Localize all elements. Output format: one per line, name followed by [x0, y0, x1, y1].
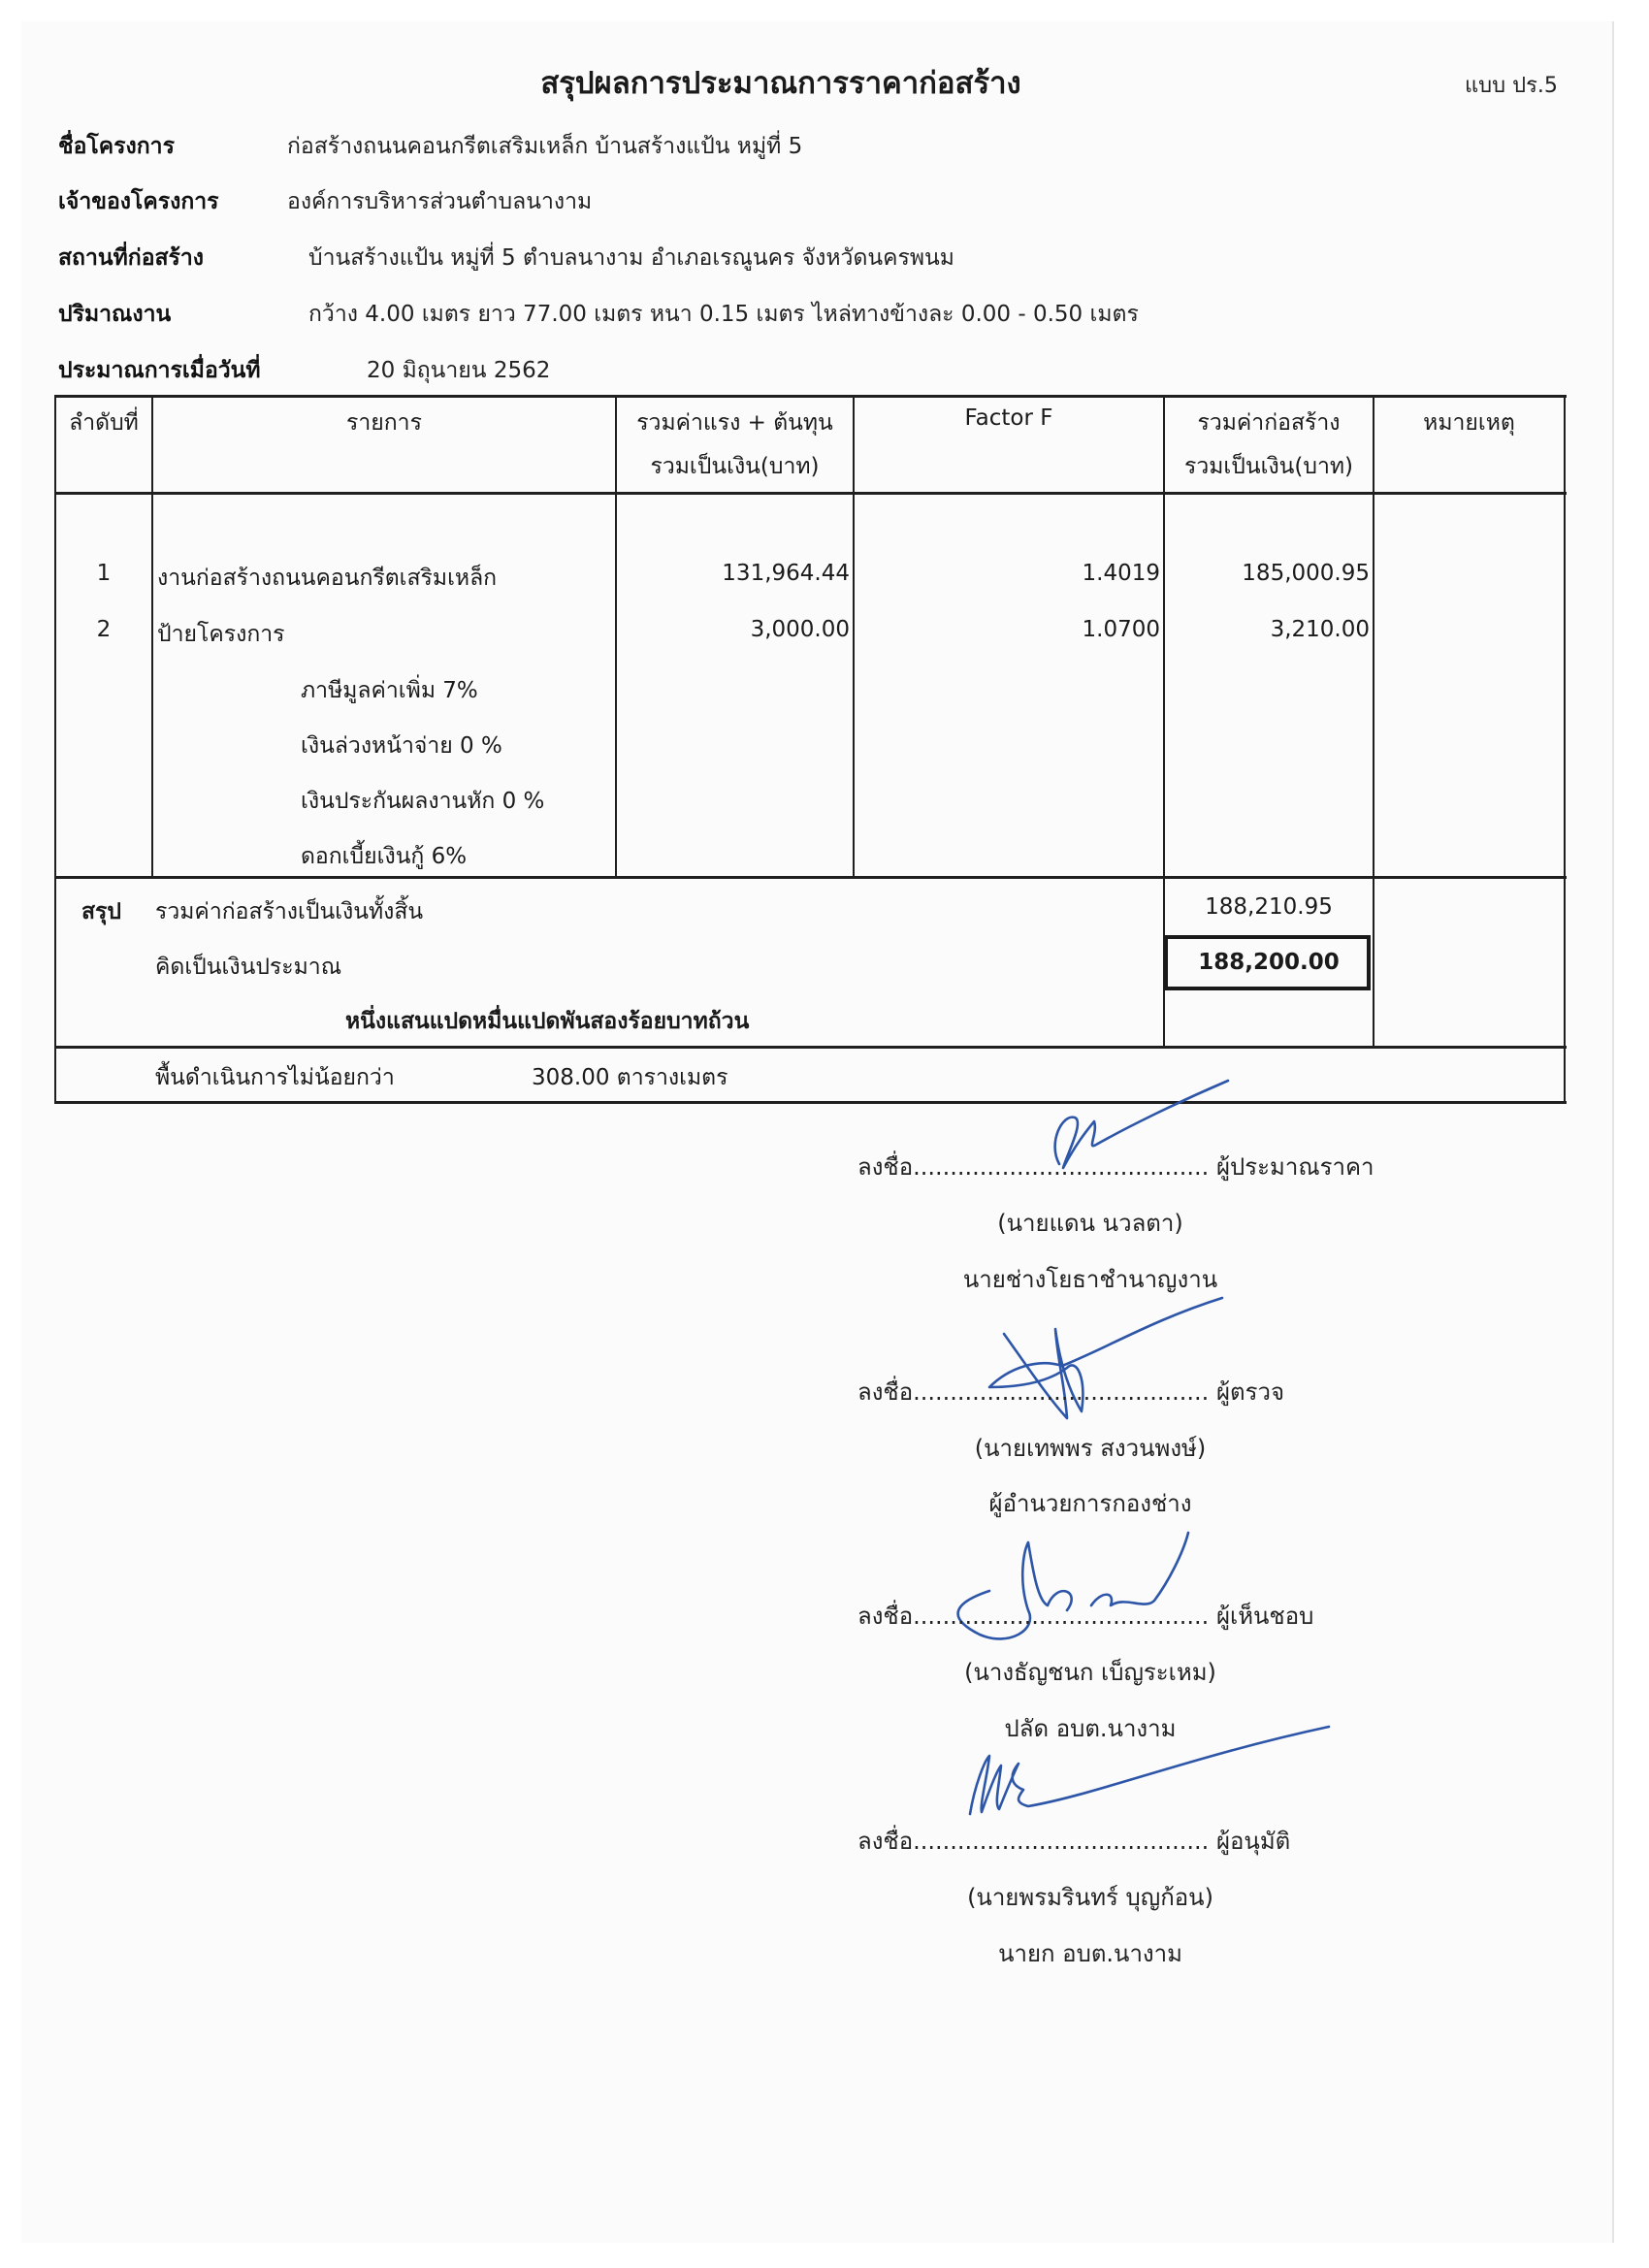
table-bottom-border [54, 1101, 1567, 1104]
signer-position: นายก อบต.นางาม [857, 1934, 1323, 1972]
table-right-border [1564, 395, 1566, 1104]
project-owner-label: เจ้าของโครงการ [58, 184, 219, 219]
summary-label: สรุป [81, 894, 121, 929]
location-label: สถานที่ก่อสร้าง [58, 241, 204, 275]
header-bottom-border [54, 492, 1567, 495]
area-label: พื้นดำเนินการไม่น้อยกว่า [155, 1060, 395, 1095]
project-owner-value: องค์การบริหารส่วนตำบลนางาม [287, 184, 592, 219]
signer-name: (นางธัญชนก เบ็ญระเหม) [857, 1653, 1323, 1691]
condition-advance-payment: เงินล่วงหน้าจ่าย 0 % [301, 729, 502, 763]
condition-loan-interest: ดอกเบี้ยเงินกู้ 6% [301, 839, 467, 874]
signer-name: (นายแดน นวลตา) [857, 1204, 1323, 1242]
location-value: บ้านสร้างแป้น หมู่ที่ 5 ตำบลนางาม อำเภอเ… [308, 241, 954, 275]
estimate-date-value: 20 มิถุนายน 2562 [367, 353, 550, 388]
row-item: งานก่อสร้างถนนคอนกรีตเสริมเหล็ก [157, 561, 497, 596]
rounded-label: คิดเป็นเงินประมาณ [155, 950, 341, 985]
signature-line: ลงชื่อ..................................… [857, 1373, 1284, 1410]
sign-prefix: ลงชื่อ [857, 1828, 913, 1855]
condition-vat: ภาษีมูลค่าเพิ่ม 7% [301, 673, 478, 708]
signer-position: ผู้อำนวยการกองช่าง [857, 1484, 1323, 1522]
quantity-label: ปริมาณงาน [58, 297, 171, 332]
sign-dots: ........................................ [913, 1828, 1209, 1855]
sign-prefix: ลงชื่อ [857, 1153, 913, 1181]
summary-bottom-border [54, 1046, 1567, 1049]
row-no: 1 [56, 561, 151, 586]
signer-name: (นายเทพพร สงวนพงษ์) [857, 1429, 1323, 1467]
document-title: สรุปผลการประมาณการราคาก่อสร้าง [0, 58, 1562, 107]
signer-role: ผู้เห็นชอบ [1216, 1603, 1313, 1630]
project-name-label: ชื่อโครงการ [58, 129, 175, 164]
rounded-value: 188,200.00 [1165, 950, 1373, 975]
row-item: ป้ายโครงการ [157, 617, 285, 652]
form-code: แบบ ปร.5 [1465, 68, 1558, 102]
sign-prefix: ลงชื่อ [857, 1378, 913, 1406]
signature-mark [951, 1717, 1339, 1833]
signer-role: ผู้อนุมัติ [1216, 1828, 1290, 1855]
row-cost: 131,964.44 [617, 561, 850, 586]
sign-prefix: ลงชื่อ [857, 1603, 913, 1630]
items-bottom-border [54, 876, 1567, 879]
row-factor: 1.0700 [855, 617, 1160, 642]
row-factor: 1.4019 [855, 561, 1160, 586]
quantity-value: กว้าง 4.00 เมตร ยาว 77.00 เมตร หนา 0.15 … [308, 297, 1139, 332]
row-cost: 3,000.00 [617, 617, 850, 642]
sign-dots: ........................................ [913, 1378, 1209, 1406]
header-factor: Factor F [855, 405, 1163, 431]
signer-role: ผู้ประมาณราคา [1216, 1153, 1374, 1181]
estimate-date-label: ประมาณการเมื่อวันที่ [58, 353, 261, 388]
area-value: 308.00 ตารางเมตร [532, 1060, 727, 1095]
summary-total-label: รวมค่าก่อสร้างเป็นเงินทั้งสิ้น [155, 894, 423, 929]
table-top-border [54, 395, 1567, 398]
row-total: 3,210.00 [1165, 617, 1370, 642]
signer-name: (นายพรมรินทร์ บุญก้อน) [857, 1878, 1323, 1916]
header-cost-line2: รวมเป็นเงิน(บาท) [617, 449, 853, 484]
project-name-value: ก่อสร้างถนนคอนกรีตเสริมเหล็ก บ้านสร้างแป… [287, 129, 802, 164]
col-divider-total [1373, 395, 1374, 1048]
condition-guarantee: เงินประกันผลงานหัก 0 % [301, 784, 544, 819]
table-left-border [54, 395, 56, 1104]
summary-total-value: 188,210.95 [1165, 894, 1373, 920]
signer-role: ผู้ตรวจ [1216, 1378, 1284, 1406]
signature-line: ลงชื่อ..................................… [857, 1822, 1290, 1860]
header-total-line1: รวมค่าก่อสร้าง [1165, 405, 1373, 440]
row-no: 2 [56, 617, 151, 642]
header-cost-line1: รวมค่าแรง + ต้นทุน [617, 405, 853, 440]
signature-line: ลงชื่อ..................................… [857, 1597, 1313, 1635]
sign-dots: ........................................ [913, 1603, 1209, 1630]
row-total: 185,000.95 [1165, 561, 1370, 586]
header-total-line2: รวมเป็นเงิน(บาท) [1165, 449, 1373, 484]
col-divider-no [151, 395, 153, 878]
header-no: ลำดับที่ [56, 405, 151, 440]
sign-dots: ........................................ [913, 1153, 1209, 1181]
amount-in-words: หนึ่งแสนแปดหมื่นแปดพันสองร้อยบาทถ้วน [345, 1004, 749, 1039]
header-item: รายการ [153, 405, 615, 440]
header-remark: หมายเหตุ [1374, 405, 1564, 440]
signature-line: ลงชื่อ..................................… [857, 1148, 1374, 1185]
